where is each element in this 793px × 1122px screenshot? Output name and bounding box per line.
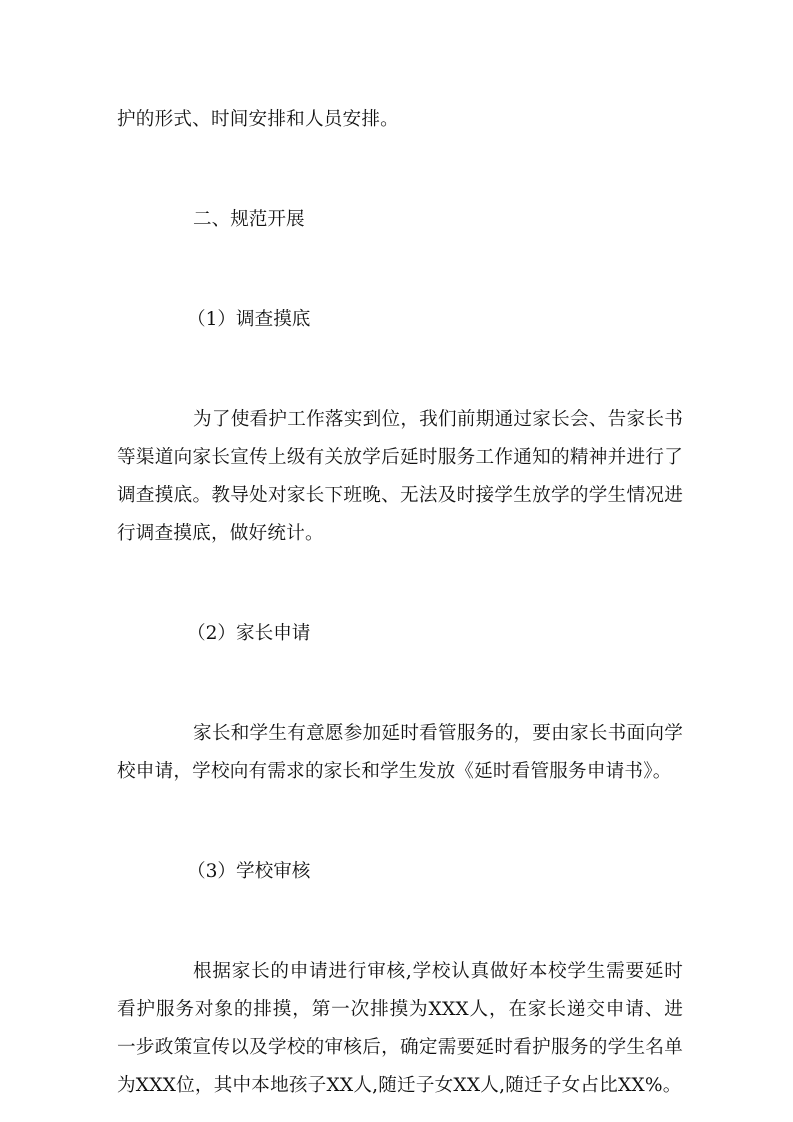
spacer: [117, 891, 683, 953]
subsection-heading-3: （3）学校审核: [117, 853, 683, 891]
spacer: [117, 139, 683, 201]
subsection-paragraph-2: 家长和学生有意愿参加延时看管服务的，要由家长书面向学校申请，学校向有需求的家长和…: [117, 715, 683, 791]
subsection-paragraph-1: 为了使看护工作落实到位，我们前期通过家长会、告家长书等渠道向家长宣传上级有关放学…: [117, 401, 683, 553]
spacer: [117, 339, 683, 401]
continuation-paragraph: 护的形式、时间安排和人员安排。: [117, 101, 683, 139]
section-heading: 二、规范开展: [117, 201, 683, 239]
spacer: [117, 791, 683, 853]
subsection-heading-2: （2）家长申请: [117, 615, 683, 653]
spacer: [117, 653, 683, 715]
document-page: 护的形式、时间安排和人员安排。 二、规范开展 （1）调查摸底 为了使看护工作落实…: [117, 101, 683, 1105]
subsection-heading-1: （1）调查摸底: [117, 301, 683, 339]
spacer: [117, 553, 683, 615]
subsection-paragraph-3: 根据家长的申请进行审核,学校认真做好本校学生需要延时看护服务对象的排摸，第一次排…: [117, 953, 683, 1105]
spacer: [117, 239, 683, 301]
